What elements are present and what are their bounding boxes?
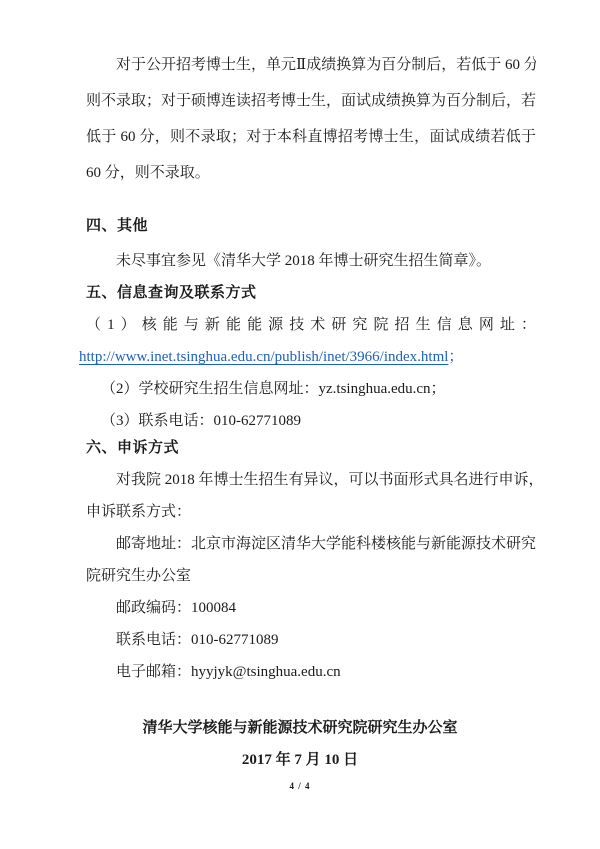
section-heading-contact-info: 五、信息查询及联系方式: [86, 277, 536, 309]
appeal-email: 电子邮箱：hyyjyk@tsinghua.edu.cn: [86, 656, 536, 688]
appeal-postal-code: 邮政编码：100084: [86, 592, 536, 624]
institute-website-line: http://www.inet.tsinghua.edu.cn/publish/…: [79, 341, 536, 373]
url-suffix-punctuation: ；: [448, 349, 463, 365]
document-page: 对于公开招考博士生，单元Ⅱ成绩换算为百分制后，若低于 60 分， 则不录取；对于…: [0, 0, 600, 849]
appeal-phone: 联系电话：010-62771089: [86, 624, 536, 656]
signature-line: 清华大学核能与新能源技术研究院研究生办公室: [0, 712, 600, 744]
contact-item-institute-website-label: （1）核能与新能能源技术研究院招生信息网址：: [86, 309, 536, 341]
paragraph-line: 则不录取；对于硕博连读招考博士生，面试成绩换算为百分制后，若: [86, 83, 536, 119]
section-heading-appeal: 六、申诉方式: [86, 432, 536, 464]
section4-body-line: 未尽事宜参见《清华大学 2018 年博士研究生招生简章》。: [86, 245, 536, 277]
appeal-body-line: 对我院 2018 年博士生招生有异议，可以书面形式具名进行申诉，: [86, 464, 536, 496]
page-number: 4 / 4: [0, 778, 600, 794]
paragraph-line: 60 分，则不录取。: [86, 155, 536, 191]
contact-item-school-website: （2）学校研究生招生信息网址：yz.tsinghua.edu.cn；: [86, 373, 536, 405]
appeal-mailing-address-line: 邮寄地址：北京市海淀区清华大学能科楼核能与新能源技术研究: [86, 528, 536, 560]
institute-website-link[interactable]: http://www.inet.tsinghua.edu.cn/publish/…: [79, 349, 448, 365]
appeal-body-line: 申诉联系方式：: [86, 496, 536, 528]
paragraph-line: 对于公开招考博士生，单元Ⅱ成绩换算为百分制后，若低于 60 分，: [86, 47, 536, 83]
section-heading-other: 四、其他: [86, 210, 536, 242]
paragraph-line: 低于 60 分，则不录取；对于本科直博招考博士生，面试成绩若低于: [86, 119, 536, 155]
appeal-mailing-address-line: 院研究生办公室: [86, 560, 536, 592]
date-line: 2017 年 7 月 10 日: [0, 744, 600, 776]
